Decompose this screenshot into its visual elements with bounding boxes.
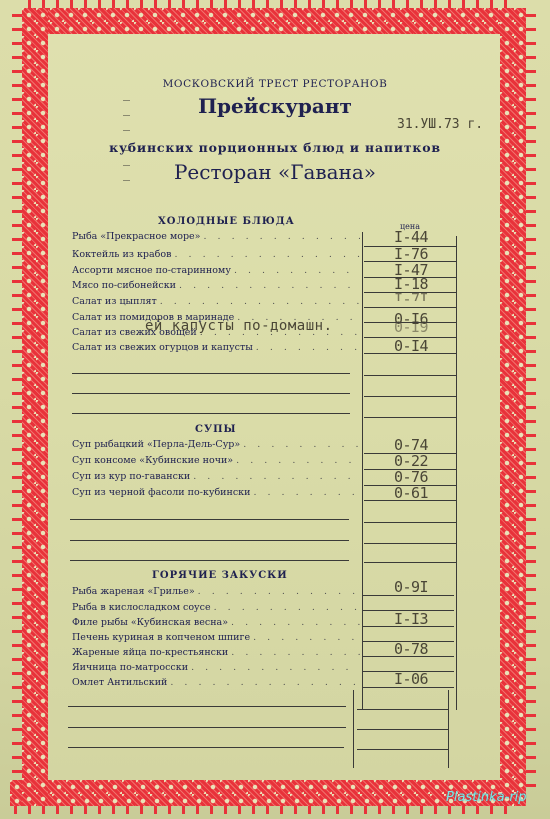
- dot-leader: . . . . . . . . . . . . . . . . . . . .: [236, 455, 360, 466]
- menu-item: Рыба в кислосладком соусе . . . . . . . …: [72, 601, 360, 615]
- price-row-line: [364, 375, 456, 376]
- menu-item-name: Ассорти мясное по-старинному: [72, 265, 231, 276]
- price-row-line: [357, 729, 449, 730]
- blank-entry-line: [72, 393, 350, 394]
- dot-leader: . . . . . . . . . . . . . . . . . . . .: [198, 586, 360, 597]
- menu-item: Филе рыбы «Кубинская весна» . . . . . . …: [72, 616, 360, 630]
- menu-item-price: I-7I: [366, 292, 456, 301]
- price-row-line: [357, 709, 449, 710]
- price-row-line: [364, 396, 456, 397]
- section-title-soups: СУПЫ: [195, 424, 237, 435]
- menu-item: Суп из кур по-гавански . . . . . . . . .…: [72, 470, 360, 484]
- section-title-hot-appetizers: ГОРЯЧИЕ ЗАКУСКИ: [152, 570, 288, 581]
- price-row-line: [364, 522, 456, 523]
- menu-item-name: Яичница по-матросски: [72, 662, 188, 673]
- menu-item: Суп рыбацкий «Перла-Дель-Сур» . . . . . …: [72, 438, 360, 452]
- section-title-cold-dishes: ХОЛОДНЫЕ БЛЮДА: [158, 216, 295, 227]
- dot-leader: . . . . . . . . . . . . . . . . . . . .: [179, 280, 360, 291]
- menu-item-price: 0-I9: [366, 320, 456, 335]
- menu-item-price: 0-74: [366, 438, 456, 453]
- price-row-line: [362, 687, 454, 688]
- dot-leader: . . . . . . . . . . . . . . . . . . . .: [214, 602, 360, 613]
- blank-entry-line: [72, 413, 350, 414]
- menu-item-name: Салат из свежих огурцов и капусты: [72, 342, 253, 353]
- dot-leader: . . . . . . . . . . . . . . . . . . . .: [231, 617, 360, 628]
- menu-item-name: Рыба жареная «Грилье»: [72, 586, 195, 597]
- price-row-line: [364, 307, 456, 308]
- price-row-line: [362, 656, 454, 657]
- menu-item-price: 0-76: [366, 470, 456, 485]
- price-row-line: [364, 353, 456, 354]
- price-column-right-line: [448, 690, 449, 768]
- date-stamp: 31.УШ.73 г.: [397, 117, 483, 132]
- menu-item: Жареные яйца по-крестьянски . . . . . . …: [72, 646, 360, 660]
- blank-entry-line: [72, 373, 350, 374]
- blank-entry-line: [68, 727, 346, 728]
- menu-item-name: Мясо по-сибонейски: [72, 280, 176, 291]
- price-row-line: [362, 626, 454, 627]
- menu-item-name: Суп из кур по-гавански: [72, 471, 190, 482]
- page-title: Прейскурант: [0, 94, 550, 118]
- dot-leader: . . . . . . . . . . . . . . . . . . . .: [243, 439, 360, 450]
- menu-item-price: 0-I4: [366, 339, 456, 354]
- dot-leader: . . . . . . . . . . . . . . . . . . . .: [256, 342, 360, 353]
- menu-item-price: 0-78: [366, 642, 456, 657]
- menu-item-name: Печень куриная в копченом шпиге: [72, 632, 250, 643]
- menu-item-price: I-18: [366, 277, 456, 292]
- menu-item-name: Суп консоме «Кубинские ночи»: [72, 455, 233, 466]
- menu-item: Яичница по-матросски . . . . . . . . . .…: [72, 661, 360, 675]
- menu-item: Салат из цыплят . . . . . . . . . . . . …: [72, 295, 360, 309]
- menu-item: Рыба «Прекрасное море» . . . . . . . . .…: [72, 230, 360, 244]
- blank-entry-line: [70, 519, 349, 520]
- menu-item: Салат из свежих огурцов и капусты . . . …: [72, 341, 360, 355]
- menu-item-price: I-44: [366, 230, 456, 245]
- border-ornament-top: [22, 8, 526, 34]
- menu-item: Ассорти мясное по-старинному . . . . . .…: [72, 264, 360, 278]
- dot-leader: . . . . . . . . . . . . . . . . . . . .: [231, 647, 360, 658]
- menu-item-price: 0-22: [366, 454, 456, 469]
- trust-name: МОСКОВСКИЙ ТРЕСТ РЕСТОРАНОВ: [0, 78, 550, 90]
- price-row-line: [362, 595, 454, 596]
- menu-item-name: Салат из цыплят: [72, 296, 157, 307]
- menu-item-name: Жареные яйца по-крестьянски: [72, 647, 228, 658]
- border-ornament-bottom: [10, 780, 515, 806]
- menu-item-name: Рыба в кислосладком соусе: [72, 602, 211, 613]
- menu-item: Суп из черной фасоли по-кубински . . . .…: [72, 486, 360, 500]
- restaurant-name: Ресторан «Гавана»: [0, 160, 550, 184]
- price-column-left-line: [353, 690, 354, 768]
- typewriter-overtype: ей капусты по-домашн.: [145, 318, 333, 334]
- menu-item-price: 0-61: [366, 486, 456, 501]
- menu-item: Коктейль из крабов . . . . . . . . . . .…: [72, 248, 360, 262]
- blank-entry-line: [68, 747, 344, 748]
- watermark: Plastinka-rip: [446, 790, 527, 805]
- menu-item-name: Суп из черной фасоли по-кубински: [72, 487, 250, 498]
- price-row-line: [364, 543, 456, 544]
- page-subtitle: кубинских порционных блюд и напитков: [0, 140, 550, 155]
- menu-item-name: Омлет Антильский: [72, 677, 167, 688]
- menu-item: Суп консоме «Кубинские ночи» . . . . . .…: [72, 454, 360, 468]
- menu-item-price: I-76: [366, 247, 456, 262]
- border-ornament-right-spikes: [526, 14, 536, 789]
- dot-leader: . . . . . . . . . . . . . . . . . . . .: [193, 471, 360, 482]
- menu-item-name: Филе рыбы «Кубинская весна»: [72, 617, 228, 628]
- price-column-right-line: [456, 236, 457, 710]
- menu-item: Печень куриная в копченом шпиге . . . . …: [72, 631, 360, 645]
- menu-item-name: Рыба «Прекрасное море»: [72, 231, 200, 242]
- price-row-line: [364, 562, 456, 563]
- price-row-line: [357, 749, 449, 750]
- price-row-line: [364, 500, 456, 501]
- punch-mark: [123, 130, 130, 131]
- blank-entry-line: [70, 540, 349, 541]
- dot-leader: . . . . . . . . . . . . . . . . . . . .: [204, 231, 360, 242]
- menu-item-price: I-I3: [366, 612, 456, 627]
- dot-leader: . . . . . . . . . . . . . . . . . . . .: [174, 249, 360, 260]
- dot-leader: . . . . . . . . . . . . . . . . . . . .: [234, 265, 360, 276]
- dot-leader: . . . . . . . . . . . . . . . . . . . .: [170, 677, 360, 688]
- dot-leader: . . . . . . . . . . . . . . . . . . . .: [191, 662, 360, 673]
- menu-item: Мясо по-сибонейски . . . . . . . . . . .…: [72, 279, 360, 293]
- menu-item-price: I-06: [366, 672, 456, 687]
- menu-item-price: 0-9I: [366, 580, 456, 595]
- border-ornament-right: [500, 8, 526, 806]
- menu-item-name: Суп рыбацкий «Перла-Дель-Сур»: [72, 439, 240, 450]
- blank-entry-line: [68, 706, 346, 707]
- menu-item: Омлет Антильский . . . . . . . . . . . .…: [72, 676, 360, 690]
- border-ornament-left: [22, 8, 48, 806]
- price-column-left-line: [362, 232, 363, 710]
- dot-leader: . . . . . . . . . . . . . . . . . . . .: [160, 296, 360, 307]
- dot-leader: . . . . . . . . . . . . . . . . . . . .: [253, 487, 360, 498]
- dot-leader: . . . . . . . . . . . . . . . . . . . .: [253, 632, 360, 643]
- border-ornament-left-spikes: [12, 14, 22, 804]
- blank-entry-line: [70, 560, 349, 561]
- price-row-line: [364, 417, 456, 418]
- menu-item-name: Коктейль из крабов: [72, 249, 171, 260]
- menu-item: Рыба жареная «Грилье» . . . . . . . . . …: [72, 585, 360, 599]
